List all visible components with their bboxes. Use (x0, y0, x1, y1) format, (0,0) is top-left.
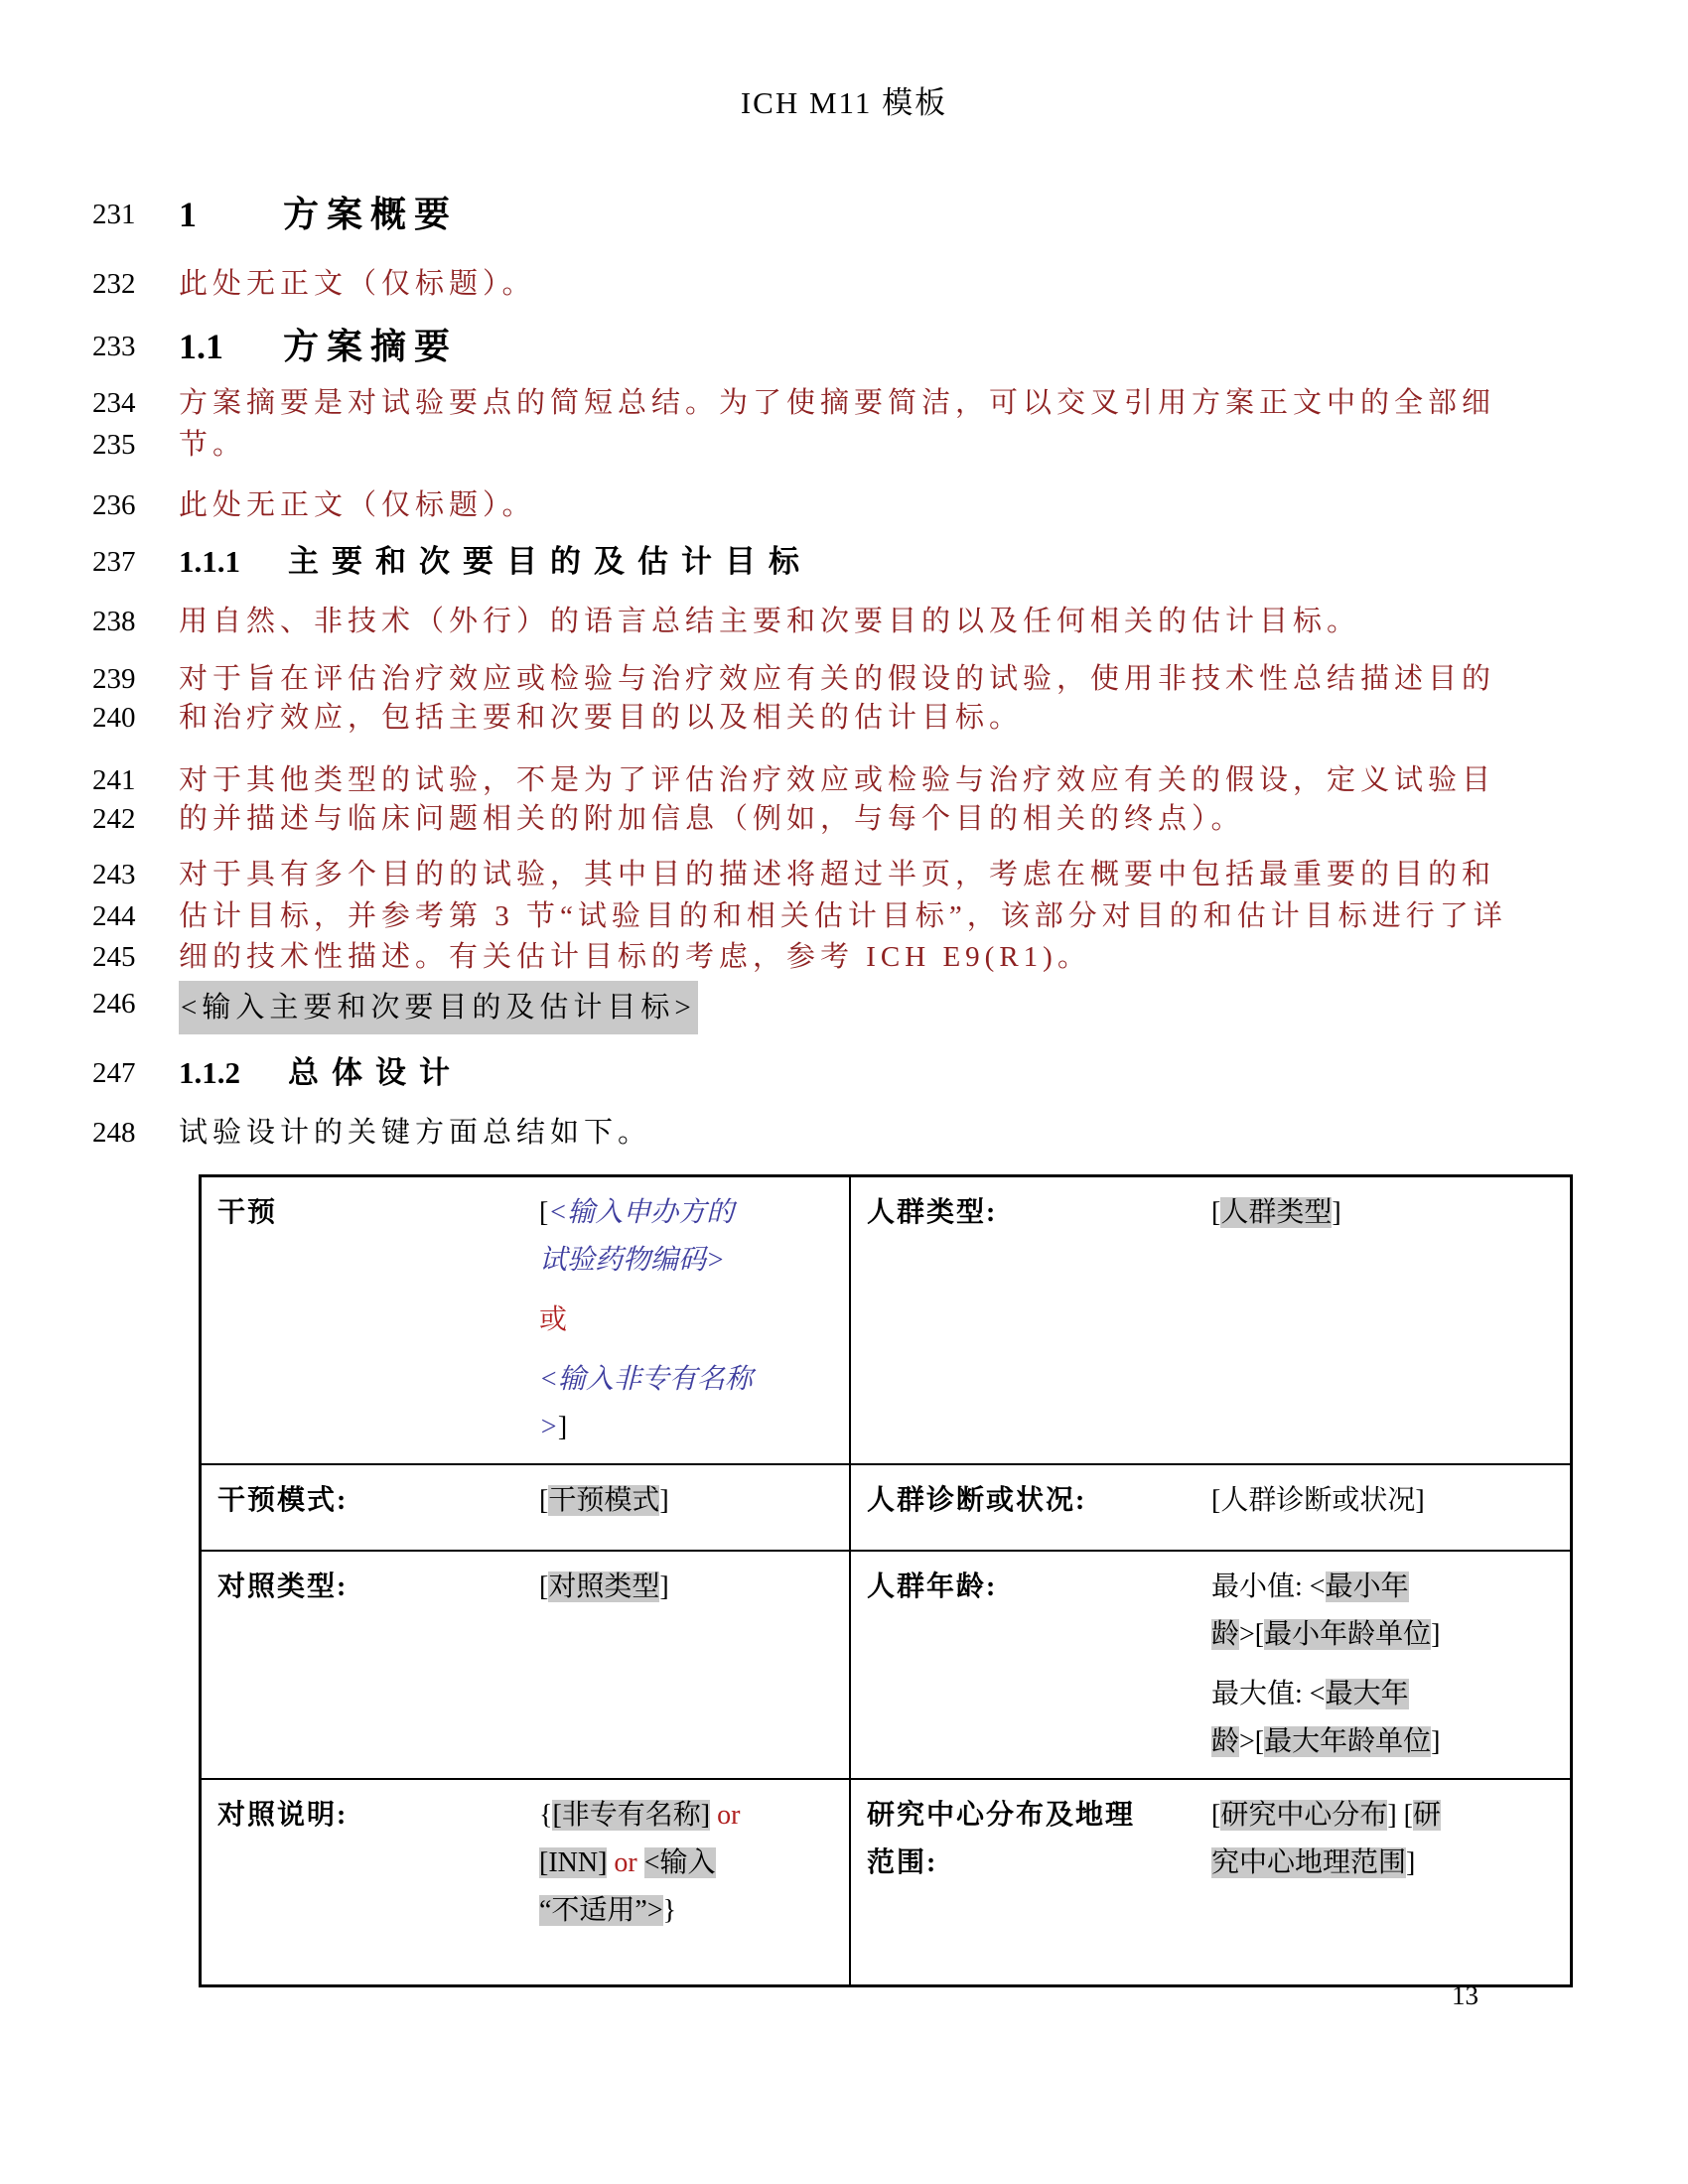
table-cell: 对照说明:{[非专有名称] or [INN] or <输入“不适用”>} (201, 1779, 851, 1985)
heading-text: 1.1.2总体设计 (179, 1050, 463, 1096)
line-number: 246 (92, 981, 136, 1026)
placeholder-field[interactable]: 研 (1413, 1800, 1441, 1831)
document-line: 2371.1.1主要和次要目的及估计目标 (0, 539, 1688, 585)
heading-number: 1.1.1 (179, 539, 288, 585)
table-cell: 干预模式:[干预模式] (201, 1464, 851, 1551)
placeholder-field[interactable]: 最大年龄单位 (1264, 1726, 1431, 1757)
heading-text: 1方案概要 (179, 192, 458, 237)
document-line: 248试验设计的关键方面总结如下。 (0, 1110, 1688, 1156)
placeholder-field[interactable]: “不适用”> (539, 1895, 663, 1926)
field-label: 对照类型: (217, 1564, 539, 1611)
placeholder-field[interactable]: 最小年 (1326, 1571, 1409, 1602)
body-text: 此处无正文（仅标题）。 (179, 261, 536, 307)
body-text: 此处无正文（仅标题）。 (179, 482, 536, 528)
field-label: 人群年龄: (867, 1564, 1211, 1611)
value-text (740, 1800, 747, 1831)
placeholder-field[interactable]: 对照类型 (548, 1571, 659, 1602)
placeholder-field[interactable]: 龄 (1211, 1726, 1239, 1757)
table-row: 干预[<输入申办方的试验药物编码>或<输入非专有名称>]人群类型:[人群类型] (201, 1176, 1572, 1465)
placeholder-field[interactable]: <输入 (644, 1847, 716, 1878)
placeholder-field[interactable]: 研究中心分布 (1220, 1800, 1387, 1831)
body-text: 对于具有多个目的的试验，其中目的描述将超过半页，考虑在概要中包括最重要的目的和 (179, 852, 1495, 897)
field-value-paragraph: [<输入申办方的试验药物编码> (539, 1189, 833, 1285)
body-text: 估计目标，并参考第 3 节“试验目的和相关估计目标”，该部分对目的和估计目标进行… (179, 893, 1507, 939)
table-row: 干预模式:[干预模式]人群诊断或状况:[人群诊断或状况] (201, 1464, 1572, 1551)
body-text: 和治疗效应，包括主要和次要目的以及相关的估计目标。 (179, 695, 1023, 741)
table-cell-content: 人群年龄:最小值: <最小年龄>[最小年龄单位]最大值: <最大年龄>[最大年龄… (867, 1564, 1554, 1766)
document-line: 238用自然、非技术（外行）的语言总结主要和次要目的以及任何相关的估计目标。 (0, 599, 1688, 644)
value-text: 或 (539, 1304, 567, 1335)
placeholder-field[interactable]: 干预模式 (548, 1485, 659, 1516)
value-text: 最小值: < (1211, 1571, 1326, 1602)
value-text: ] (1406, 1847, 1415, 1878)
field-value: [干预模式] (539, 1477, 833, 1525)
field-value: [人群类型] (1211, 1189, 1554, 1237)
heading-title: 方案摘要 (283, 327, 458, 366)
value-text: [ (539, 1571, 548, 1602)
table-cell-content: 干预[<输入申办方的试验药物编码>或<输入非专有名称>] (217, 1189, 833, 1451)
value-text: ] (1431, 1619, 1440, 1650)
value-text: } (663, 1895, 676, 1926)
table-cell: 研究中心分布及地理范围:[研究中心分布] [研究中心地理范围] (850, 1779, 1572, 1985)
value-text: >[ (1239, 1726, 1264, 1757)
table-cell-content: 研究中心分布及地理范围:[研究中心分布] [研究中心地理范围] (867, 1792, 1554, 1887)
line-number: 232 (92, 261, 136, 307)
heading-text: 1.1.1主要和次要目的及估计目标 (179, 539, 812, 585)
placeholder-field[interactable]: 最大年 (1326, 1679, 1409, 1709)
document-line: 2471.1.2总体设计 (0, 1050, 1688, 1096)
table-cell-content: 人群诊断或状况:[人群诊断或状况] (867, 1477, 1554, 1525)
table-cell-content: 干预模式:[干预模式] (217, 1477, 833, 1525)
field-value: [<输入申办方的试验药物编码>或<输入非专有名称>] (539, 1189, 833, 1451)
overall-design-table: 干预[<输入申办方的试验药物编码>或<输入非专有名称>]人群类型:[人群类型]干… (199, 1174, 1573, 1987)
line-number: 236 (92, 482, 136, 528)
placeholder-field[interactable]: 究中心地理范围 (1211, 1847, 1406, 1878)
document-line: 232此处无正文（仅标题）。 (0, 261, 1688, 307)
line-number: 245 (92, 934, 136, 980)
line-number: 243 (92, 852, 136, 897)
body-text: 方案摘要是对试验要点的简短总结。为了使摘要简洁，可以交叉引用方案正文中的全部细 (179, 380, 1495, 426)
field-value: 最小值: <最小年龄>[最小年龄单位]最大值: <最大年龄>[最大年龄单位] (1211, 1564, 1554, 1766)
value-text: [ (1211, 1197, 1220, 1228)
field-value-paragraph: [干预模式] (539, 1477, 833, 1525)
body-text: 节。 (179, 422, 246, 468)
instruction-placeholder[interactable]: <输入申办方的 (548, 1197, 734, 1228)
field-value-paragraph: [人群类型] (1211, 1189, 1554, 1237)
document-page: ICH M11 模板 2311方案概要232此处无正文（仅标题）。2331.1方… (0, 0, 1688, 2184)
heading-number: 1.1 (179, 324, 283, 369)
heading-text: 1.1方案摘要 (179, 324, 458, 369)
instruction-placeholder[interactable]: > (539, 1412, 558, 1442)
value-text: ] (1387, 1800, 1396, 1831)
heading-number: 1.1.2 (179, 1050, 288, 1096)
line-number: 235 (92, 422, 136, 468)
table-row: 对照说明:{[非专有名称] or [INN] or <输入“不适用”>}研究中心… (201, 1779, 1572, 1985)
line-number: 247 (92, 1050, 136, 1096)
value-text (637, 1847, 644, 1878)
document-line: 245细的技术性描述。有关估计目标的考虑，参考 ICH E9(R1)。 (0, 934, 1688, 980)
table-cell: 干预[<输入申办方的试验药物编码>或<输入非专有名称>] (201, 1176, 851, 1465)
value-text: >[ (1239, 1619, 1264, 1650)
page-number: 13 (1452, 1980, 1478, 2011)
line-number: 233 (92, 324, 136, 369)
placeholder-field[interactable]: 人群类型 (1220, 1197, 1332, 1228)
line-number: 238 (92, 599, 136, 644)
heading-title: 主要和次要目的及估计目标 (288, 544, 812, 579)
line-number: 237 (92, 539, 136, 585)
placeholder-field[interactable]: 最小年龄单位 (1264, 1619, 1431, 1650)
line-number: 242 (92, 796, 136, 842)
field-label: 干预 (217, 1189, 539, 1237)
value-text: [ (539, 1197, 548, 1228)
field-value-paragraph: [研究中心分布] [研究中心地理范围] (1211, 1792, 1554, 1887)
field-value: [对照类型] (539, 1564, 833, 1611)
value-text: ] (1431, 1726, 1440, 1757)
value-text: or (614, 1847, 636, 1878)
value-text: or (717, 1800, 740, 1831)
field-value-paragraph: [对照类型] (539, 1564, 833, 1611)
table-cell: 人群类型:[人群类型] (850, 1176, 1572, 1465)
document-line: 240和治疗效应，包括主要和次要目的以及相关的估计目标。 (0, 695, 1688, 741)
placeholder-field[interactable]: 龄 (1211, 1619, 1239, 1650)
document-line: 244估计目标，并参考第 3 节“试验目的和相关估计目标”，该部分对目的和估计目… (0, 893, 1688, 939)
field-label: 对照说明: (217, 1792, 539, 1840)
field-value: [研究中心分布] [研究中心地理范围] (1211, 1792, 1554, 1887)
field-value-paragraph: 最小值: <最小年龄>[最小年龄单位] (1211, 1564, 1554, 1659)
heading-number: 1 (179, 192, 283, 237)
field-value-paragraph: <输入非专有名称>] (539, 1356, 833, 1451)
field-label: 研究中心分布及地理范围: (867, 1792, 1211, 1887)
value-text: [人群诊断或状况] (1211, 1485, 1425, 1516)
body-text: 细的技术性描述。有关估计目标的考虑，参考 ICH E9(R1)。 (179, 934, 1091, 980)
table-cell-content: 对照类型:[对照类型] (217, 1564, 833, 1611)
document-line: 242的并描述与临床问题相关的附加信息（例如，与每个目的相关的终点）。 (0, 796, 1688, 842)
line-number: 244 (92, 893, 136, 939)
field-value-paragraph: 或 (539, 1297, 833, 1344)
field-value-paragraph: 最大值: <最大年龄>[最大年龄单位] (1211, 1671, 1554, 1766)
body-text: 用自然、非技术（外行）的语言总结主要和次要目的以及任何相关的估计目标。 (179, 599, 1360, 644)
value-text: ] (558, 1412, 567, 1442)
body-text: 的并描述与临床问题相关的附加信息（例如，与每个目的相关的终点）。 (179, 796, 1245, 842)
table-cell: 人群年龄:最小值: <最小年龄>[最小年龄单位]最大值: <最大年龄>[最大年龄… (850, 1551, 1572, 1779)
field-value: [人群诊断或状况] (1211, 1477, 1554, 1525)
document-line: 235节。 (0, 422, 1688, 468)
heading-title: 方案概要 (283, 195, 458, 234)
placeholder-field[interactable]: <输入主要和次要目的及估计目标> (179, 981, 698, 1034)
value-text: [ (1404, 1800, 1413, 1831)
value-text: [ (1211, 1800, 1220, 1831)
document-line: 234方案摘要是对试验要点的简短总结。为了使摘要简洁，可以交叉引用方案正文中的全… (0, 380, 1688, 426)
field-label: 人群诊断或状况: (867, 1477, 1211, 1525)
table-cell-content: 人群类型:[人群类型] (867, 1189, 1554, 1237)
page-header-title: ICH M11 模板 (0, 77, 1688, 122)
instruction-placeholder[interactable]: 试验药物编码> (539, 1245, 725, 1276)
document-line: 2331.1方案摘要 (0, 324, 1688, 369)
line-number: 240 (92, 695, 136, 741)
document-line: 243对于具有多个目的的试验，其中目的描述将超过半页，考虑在概要中包括最重要的目… (0, 852, 1688, 897)
value-text (1397, 1800, 1404, 1831)
placeholder-field[interactable]: [非专有名称] (552, 1800, 710, 1831)
value-text: [ (539, 1485, 548, 1516)
placeholder-field[interactable]: [INN] (539, 1847, 607, 1878)
document-line: 2311方案概要 (0, 192, 1688, 237)
field-label: 干预模式: (217, 1477, 539, 1525)
line-number: 234 (92, 380, 136, 426)
value-text: { (539, 1800, 552, 1831)
line-number: 231 (92, 192, 136, 237)
value-text: ] (659, 1485, 668, 1516)
table-cell-content: 对照说明:{[非专有名称] or [INN] or <输入“不适用”>} (217, 1792, 833, 1935)
field-value-paragraph: {[非专有名称] or [INN] or <输入“不适用”>} (539, 1792, 833, 1935)
table-row: 对照类型:[对照类型]人群年龄:最小值: <最小年龄>[最小年龄单位]最大值: … (201, 1551, 1572, 1779)
document-line: 236此处无正文（仅标题）。 (0, 482, 1688, 528)
instruction-placeholder[interactable]: <输入非专有名称 (539, 1364, 753, 1395)
table-cell: 人群诊断或状况:[人群诊断或状况] (850, 1464, 1572, 1551)
design-summary-table: 干预[<输入申办方的试验药物编码>或<输入非专有名称>]人群类型:[人群类型]干… (199, 1174, 1573, 1987)
value-text: 最大值: < (1211, 1679, 1326, 1709)
line-number: 248 (92, 1110, 136, 1156)
table-cell: 对照类型:[对照类型] (201, 1551, 851, 1779)
value-text: ] (1332, 1197, 1340, 1228)
field-value: {[非专有名称] or [INN] or <输入“不适用”>} (539, 1792, 833, 1935)
field-label: 人群类型: (867, 1189, 1211, 1237)
heading-title: 总体设计 (288, 1055, 463, 1090)
document-line: 246<输入主要和次要目的及估计目标> (0, 981, 1688, 1026)
body-text: 试验设计的关键方面总结如下。 (179, 1110, 651, 1156)
field-value-paragraph: [人群诊断或状况] (1211, 1477, 1554, 1525)
value-text: ] (659, 1571, 668, 1602)
